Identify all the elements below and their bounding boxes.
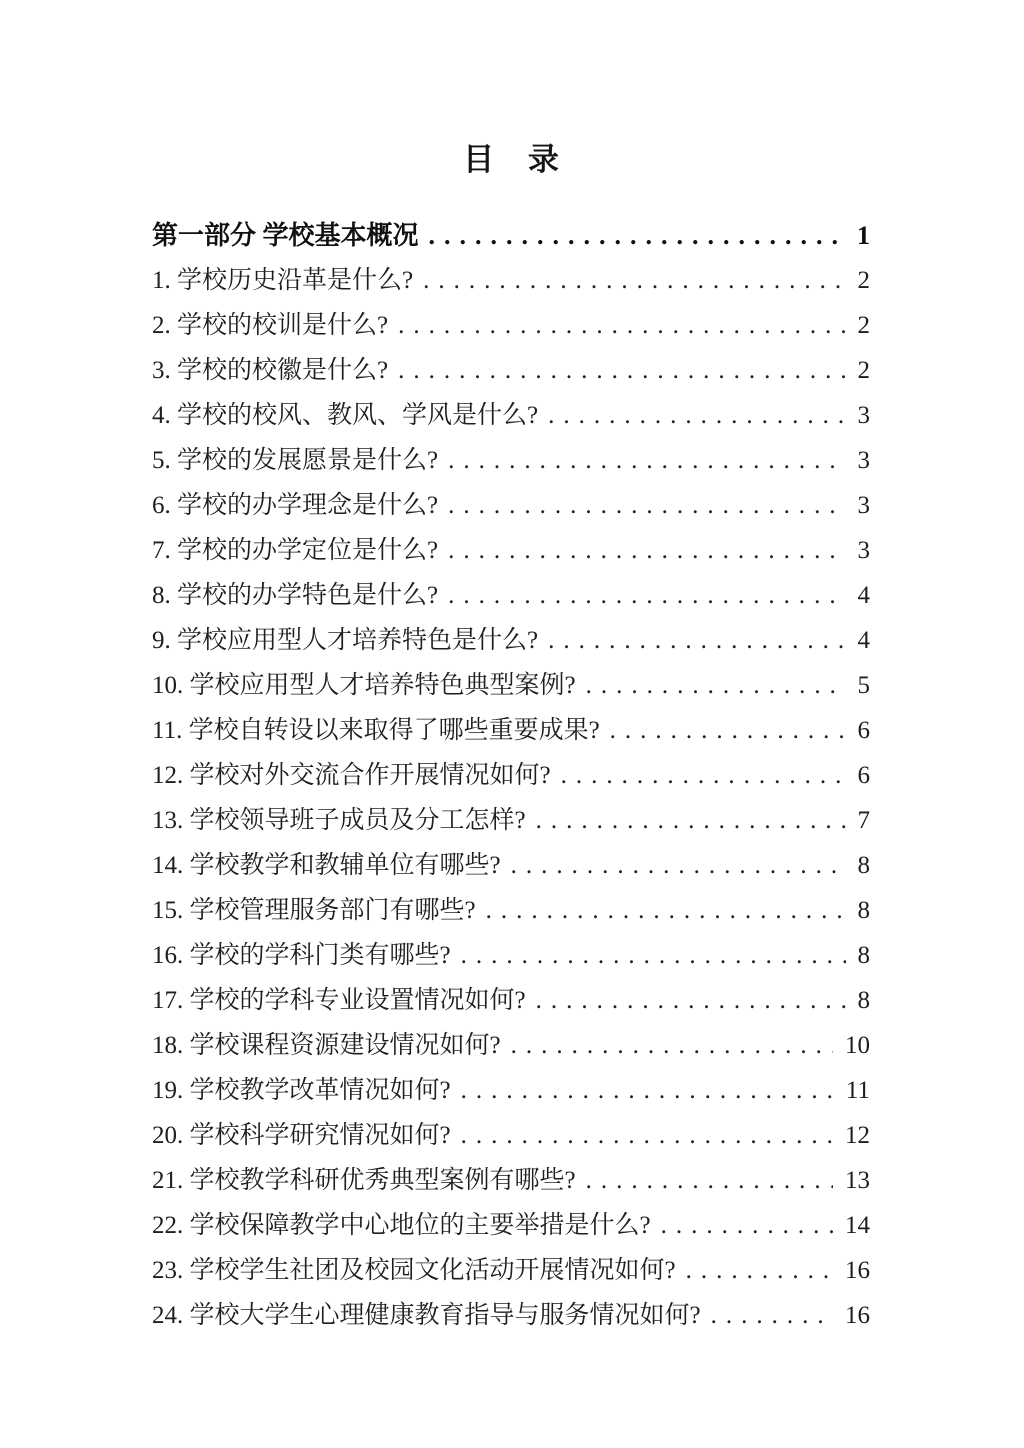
page-title: 目 录 bbox=[152, 134, 870, 179]
toc-entry: 4. 学校的校风、教风、学风是什么? .....................… bbox=[152, 393, 870, 438]
document-page: 目 录 第一部分 学校基本概况 ........................… bbox=[0, 0, 1024, 1448]
toc-dot-leader: ........................................… bbox=[600, 708, 846, 753]
toc-dot-leader: ........................................… bbox=[438, 573, 845, 618]
toc-entry: 8. 学校的办学特色是什么? .........................… bbox=[152, 573, 870, 618]
toc-entry-page-number: 13 bbox=[833, 1158, 870, 1203]
toc-entry: 19. 学校教学改革情况如何? ........................… bbox=[152, 1068, 870, 1113]
toc-dot-leader: ........................................… bbox=[526, 978, 846, 1023]
toc-entry-label: 3. 学校的校徽是什么? bbox=[152, 348, 388, 393]
toc-dot-leader: ........................................… bbox=[419, 213, 845, 258]
toc-entry: 15. 学校管理服务部门有哪些? .......................… bbox=[152, 888, 870, 933]
toc-list: 第一部分 学校基本概况 ............................… bbox=[152, 213, 870, 1338]
toc-entry-label: 2. 学校的校训是什么? bbox=[152, 303, 388, 348]
toc-entry: 1. 学校历史沿革是什么? ..........................… bbox=[152, 258, 870, 303]
toc-dot-leader: ........................................… bbox=[651, 1203, 833, 1248]
toc-entry-page-number: 6 bbox=[846, 753, 871, 798]
toc-entry-label: 4. 学校的校风、教风、学风是什么? bbox=[152, 393, 538, 438]
toc-dot-leader: ........................................… bbox=[576, 663, 846, 708]
toc-entry: 20. 学校科学研究情况如何? ........................… bbox=[152, 1113, 870, 1158]
toc-entry: 11. 学校自转设以来取得了哪些重要成果? ..................… bbox=[152, 708, 870, 753]
toc-entry-page-number: 4 bbox=[846, 618, 871, 663]
toc-entry-page-number: 7 bbox=[846, 798, 871, 843]
toc-entry-page-number: 16 bbox=[833, 1293, 870, 1338]
toc-entry-page-number: 11 bbox=[834, 1068, 870, 1113]
toc-entry: 13. 学校领导班子成员及分工怎样? .....................… bbox=[152, 798, 870, 843]
toc-dot-leader: ........................................… bbox=[676, 1248, 833, 1293]
toc-entry-label: 7. 学校的办学定位是什么? bbox=[152, 528, 438, 573]
toc-entry-page-number: 8 bbox=[846, 933, 871, 978]
toc-entry: 16. 学校的学科门类有哪些? ........................… bbox=[152, 933, 870, 978]
toc-dot-leader: ........................................… bbox=[701, 1293, 833, 1338]
toc-entry: 23. 学校学生社团及校园文化活动开展情况如何? ...............… bbox=[152, 1248, 870, 1293]
toc-dot-leader: ........................................… bbox=[538, 618, 845, 663]
toc-dot-leader: ........................................… bbox=[451, 1068, 834, 1113]
toc-entry-page-number: 3 bbox=[846, 483, 871, 528]
toc-entry: 14. 学校教学和教辅单位有哪些? ......................… bbox=[152, 843, 870, 888]
toc-entry-label: 6. 学校的办学理念是什么? bbox=[152, 483, 438, 528]
toc-entry-page-number: 8 bbox=[846, 843, 871, 888]
toc-entry-label: 11. 学校自转设以来取得了哪些重要成果? bbox=[152, 708, 600, 753]
toc-entry-page-number: 6 bbox=[846, 708, 871, 753]
toc-entry-label: 10. 学校应用型人才培养特色典型案例? bbox=[152, 663, 576, 708]
toc-dot-leader: ........................................… bbox=[451, 933, 846, 978]
toc-dot-leader: ........................................… bbox=[476, 888, 846, 933]
toc-entry-page-number: 10 bbox=[833, 1023, 870, 1068]
toc-entry-page-number: 5 bbox=[846, 663, 871, 708]
toc-entry-label: 9. 学校应用型人才培养特色是什么? bbox=[152, 618, 538, 663]
toc-dot-leader: ........................................… bbox=[576, 1158, 833, 1203]
toc-entry-label: 22. 学校保障教学中心地位的主要举措是什么? bbox=[152, 1203, 651, 1248]
toc-entry-page-number: 2 bbox=[846, 258, 871, 303]
toc-entry-label: 20. 学校科学研究情况如何? bbox=[152, 1113, 451, 1158]
toc-entry: 24. 学校大学生心理健康教育指导与服务情况如何? ..............… bbox=[152, 1293, 870, 1338]
toc-entry-page-number: 1 bbox=[845, 213, 870, 258]
toc-entry-label: 16. 学校的学科门类有哪些? bbox=[152, 933, 451, 978]
toc-entry-label: 24. 学校大学生心理健康教育指导与服务情况如何? bbox=[152, 1293, 701, 1338]
toc-entry-label: 18. 学校课程资源建设情况如何? bbox=[152, 1023, 501, 1068]
toc-entry-page-number: 14 bbox=[833, 1203, 870, 1248]
toc-entry-label: 8. 学校的办学特色是什么? bbox=[152, 573, 438, 618]
toc-entry-label: 17. 学校的学科专业设置情况如何? bbox=[152, 978, 526, 1023]
toc-entry-page-number: 12 bbox=[833, 1113, 870, 1158]
toc-entry-page-number: 16 bbox=[833, 1248, 870, 1293]
toc-entry-page-number: 4 bbox=[846, 573, 871, 618]
toc-entry: 2. 学校的校训是什么? ...........................… bbox=[152, 303, 870, 348]
toc-entry-label: 19. 学校教学改革情况如何? bbox=[152, 1068, 451, 1113]
toc-entry: 22. 学校保障教学中心地位的主要举措是什么? ................… bbox=[152, 1203, 870, 1248]
toc-entry-label: 12. 学校对外交流合作开展情况如何? bbox=[152, 753, 551, 798]
toc-entry-label: 第一部分 学校基本概况 bbox=[152, 213, 419, 258]
toc-entry: 5. 学校的发展愿景是什么? .........................… bbox=[152, 438, 870, 483]
toc-entry-page-number: 3 bbox=[846, 393, 871, 438]
toc-entry-label: 13. 学校领导班子成员及分工怎样? bbox=[152, 798, 526, 843]
toc-entry: 6. 学校的办学理念是什么? .........................… bbox=[152, 483, 870, 528]
toc-entry: 18. 学校课程资源建设情况如何? ......................… bbox=[152, 1023, 870, 1068]
toc-dot-leader: ........................................… bbox=[438, 528, 845, 573]
toc-entry: 21. 学校教学科研优秀典型案例有哪些? ...................… bbox=[152, 1158, 870, 1203]
toc-entry-label: 21. 学校教学科研优秀典型案例有哪些? bbox=[152, 1158, 576, 1203]
toc-entry-page-number: 2 bbox=[846, 348, 871, 393]
toc-entry-page-number: 8 bbox=[846, 888, 871, 933]
toc-dot-leader: ........................................… bbox=[501, 1023, 833, 1068]
toc-dot-leader: ........................................… bbox=[551, 753, 846, 798]
toc-dot-leader: ........................................… bbox=[388, 348, 845, 393]
toc-entry-label: 23. 学校学生社团及校园文化活动开展情况如何? bbox=[152, 1248, 676, 1293]
toc-entry: 17. 学校的学科专业设置情况如何? .....................… bbox=[152, 978, 870, 1023]
toc-dot-leader: ........................................… bbox=[438, 483, 845, 528]
toc-entry: 9. 学校应用型人才培养特色是什么? .....................… bbox=[152, 618, 870, 663]
toc-dot-leader: ........................................… bbox=[388, 303, 845, 348]
toc-entry-page-number: 2 bbox=[846, 303, 871, 348]
toc-entry-label: 1. 学校历史沿革是什么? bbox=[152, 258, 413, 303]
toc-entry-label: 14. 学校教学和教辅单位有哪些? bbox=[152, 843, 501, 888]
toc-dot-leader: ........................................… bbox=[413, 258, 845, 303]
toc-entry-page-number: 3 bbox=[846, 528, 871, 573]
toc-entry-page-number: 3 bbox=[846, 438, 871, 483]
toc-dot-leader: ........................................… bbox=[438, 438, 845, 483]
toc-entry-label: 15. 学校管理服务部门有哪些? bbox=[152, 888, 476, 933]
toc-entry-label: 5. 学校的发展愿景是什么? bbox=[152, 438, 438, 483]
toc-entry: 第一部分 学校基本概况 ............................… bbox=[152, 213, 870, 258]
toc-dot-leader: ........................................… bbox=[538, 393, 845, 438]
toc-dot-leader: ........................................… bbox=[451, 1113, 833, 1158]
toc-entry: 7. 学校的办学定位是什么? .........................… bbox=[152, 528, 870, 573]
toc-dot-leader: ........................................… bbox=[501, 843, 846, 888]
toc-entry: 12. 学校对外交流合作开展情况如何? ....................… bbox=[152, 753, 870, 798]
toc-entry-page-number: 8 bbox=[846, 978, 871, 1023]
toc-entry: 10. 学校应用型人才培养特色典型案例? ...................… bbox=[152, 663, 870, 708]
toc-dot-leader: ........................................… bbox=[526, 798, 846, 843]
toc-entry: 3. 学校的校徽是什么? ...........................… bbox=[152, 348, 870, 393]
